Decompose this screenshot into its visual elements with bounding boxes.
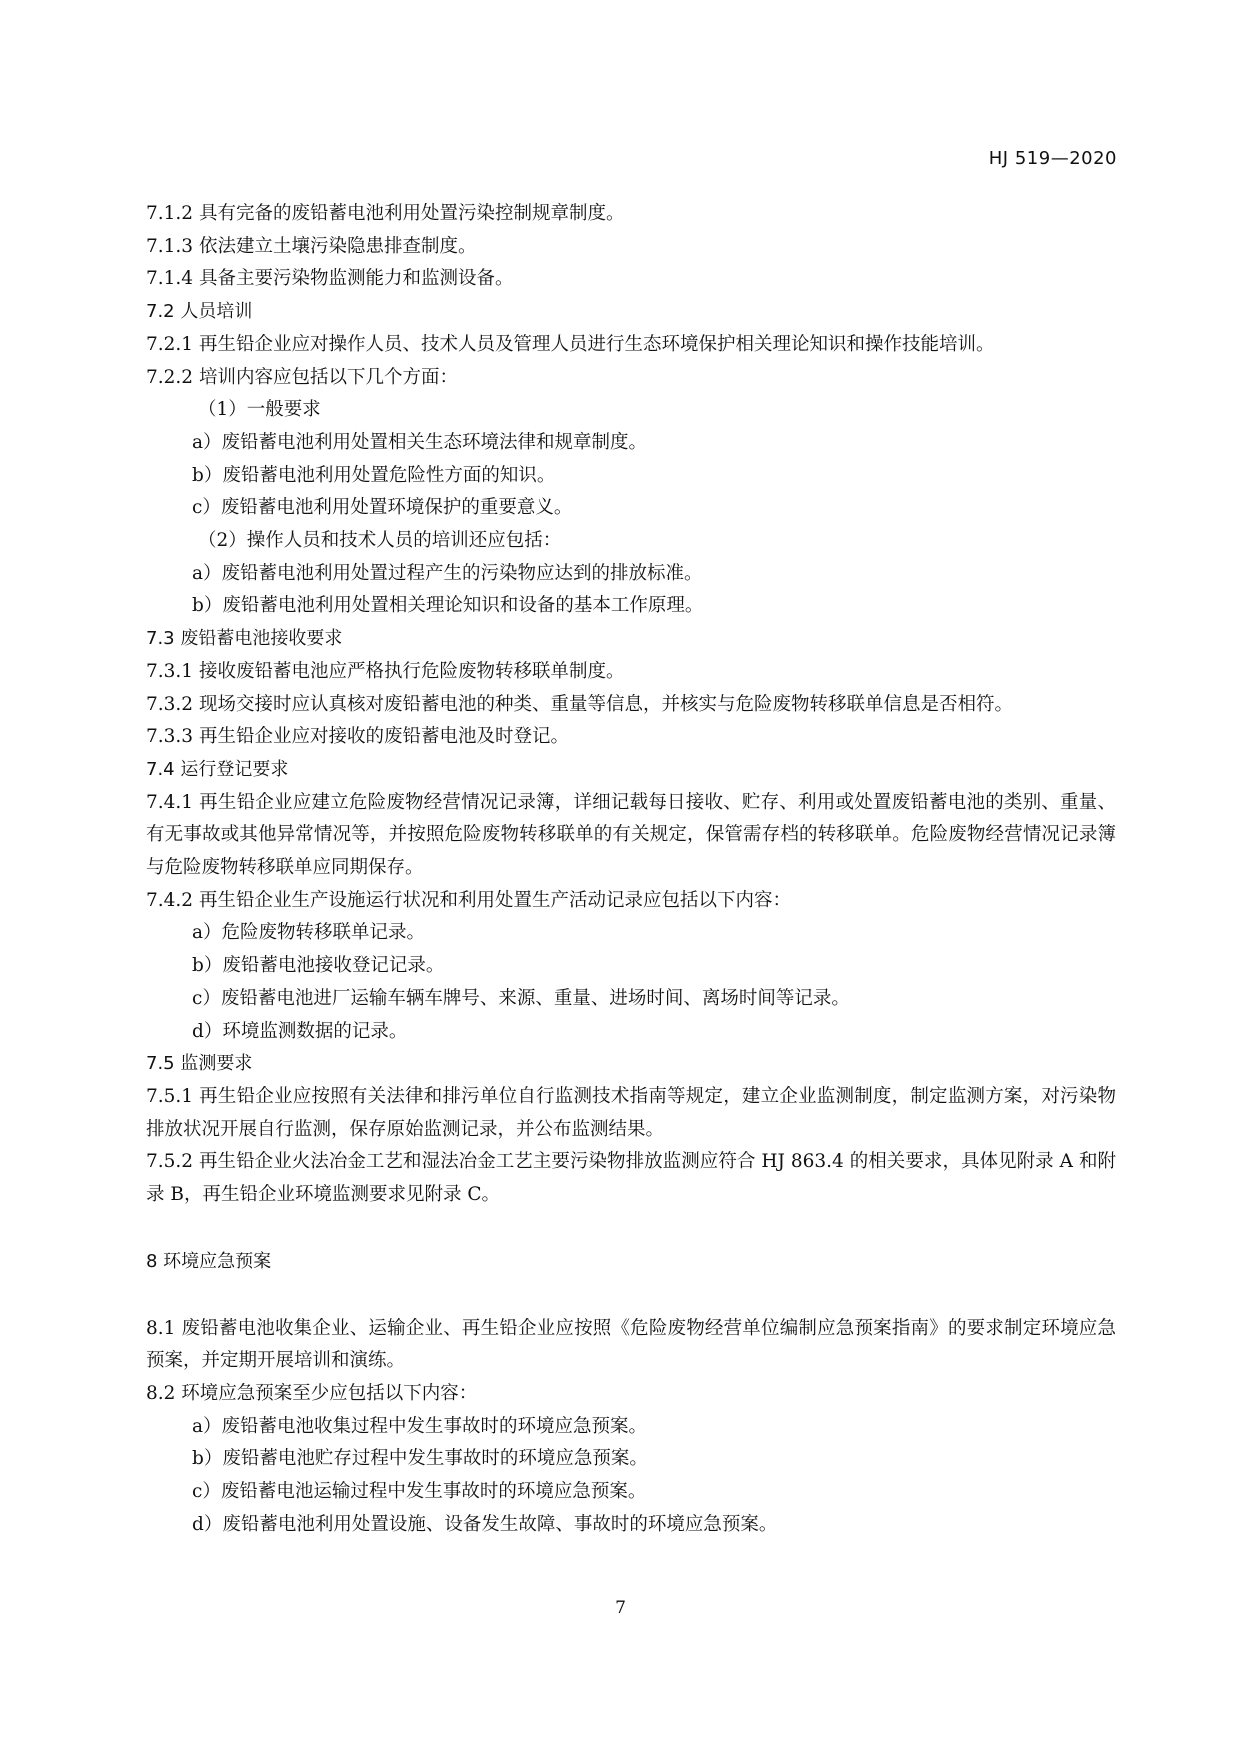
list-item: a）废铅蓄电池利用处置过程产生的污染物应达到的排放标准。 — [146, 558, 1116, 591]
clause-7-4-1: 7.4.1 再生铅企业应建立危险废物经营情况记录簿，详细记载每日接收、贮存、利用… — [146, 787, 1116, 885]
section-heading-7-4: 7.4 运行登记要求 — [146, 754, 1116, 787]
training-group-general: （1）一般要求 — [146, 394, 1116, 427]
list-item: b）废铅蓄电池贮存过程中发生事故时的环境应急预案。 — [146, 1443, 1116, 1476]
section-heading-7-5: 7.5 监测要求 — [146, 1048, 1116, 1081]
clause-7-1-4: 7.1.4 具备主要污染物监测能力和监测设备。 — [146, 263, 1116, 296]
clause-7-3-1: 7.3.1 接收废铅蓄电池应严格执行危险废物转移联单制度。 — [146, 656, 1116, 689]
list-item: c）废铅蓄电池运输过程中发生事故时的环境应急预案。 — [146, 1476, 1116, 1509]
page-number: 7 — [0, 1598, 1241, 1618]
list-item: b）废铅蓄电池接收登记记录。 — [146, 950, 1116, 983]
list-item: b）废铅蓄电池利用处置相关理论知识和设备的基本工作原理。 — [146, 590, 1116, 623]
clause-7-1-2: 7.1.2 具有完备的废铅蓄电池利用处置污染控制规章制度。 — [146, 198, 1116, 231]
clause-7-4-2: 7.4.2 再生铅企业生产设施运行状况和利用处置生产活动记录应包括以下内容： — [146, 885, 1116, 918]
section-heading-7-3: 7.3 废铅蓄电池接收要求 — [146, 623, 1116, 656]
list-item: a）危险废物转移联单记录。 — [146, 917, 1116, 950]
clause-8-2: 8.2 环境应急预案至少应包括以下内容： — [146, 1378, 1116, 1411]
list-item: a）废铅蓄电池利用处置相关生态环境法律和规章制度。 — [146, 427, 1116, 460]
clause-7-5-2: 7.5.2 再生铅企业火法冶金工艺和湿法冶金工艺主要污染物排放监测应符合 HJ … — [146, 1146, 1116, 1211]
document-code: HJ 519—2020 — [989, 148, 1117, 169]
clause-7-5-1: 7.5.1 再生铅企业应按照有关法律和排污单位自行监测技术指南等规定，建立企业监… — [146, 1081, 1116, 1146]
list-item: a）废铅蓄电池收集过程中发生事故时的环境应急预案。 — [146, 1411, 1116, 1444]
list-item: d）废铅蓄电池利用处置设施、设备发生故障、事故时的环境应急预案。 — [146, 1509, 1116, 1542]
chapter-heading-8: 8 环境应急预案 — [146, 1246, 1116, 1279]
clause-7-1-3: 7.1.3 依法建立土壤污染隐患排查制度。 — [146, 231, 1116, 264]
list-item: b）废铅蓄电池利用处置危险性方面的知识。 — [146, 460, 1116, 493]
clause-7-2-2: 7.2.2 培训内容应包括以下几个方面： — [146, 362, 1116, 395]
clause-7-2-1: 7.2.1 再生铅企业应对操作人员、技术人员及管理人员进行生态环境保护相关理论知… — [146, 329, 1116, 362]
clause-7-3-2: 7.3.2 现场交接时应认真核对废铅蓄电池的种类、重量等信息，并核实与危险废物转… — [146, 689, 1116, 722]
training-group-operators: （2）操作人员和技术人员的培训还应包括： — [146, 525, 1116, 558]
list-item: c）废铅蓄电池进厂运输车辆车牌号、来源、重量、进场时间、离场时间等记录。 — [146, 983, 1116, 1016]
section-heading-7-2: 7.2 人员培训 — [146, 296, 1116, 329]
clause-8-1: 8.1 废铅蓄电池收集企业、运输企业、再生铅企业应按照《危险废物经营单位编制应急… — [146, 1313, 1116, 1378]
list-item: c）废铅蓄电池利用处置环境保护的重要意义。 — [146, 492, 1116, 525]
clause-7-3-3: 7.3.3 再生铅企业应对接收的废铅蓄电池及时登记。 — [146, 721, 1116, 754]
list-item: d）环境监测数据的记录。 — [146, 1016, 1116, 1049]
document-body: 7.1.2 具有完备的废铅蓄电池利用处置污染控制规章制度。 7.1.3 依法建立… — [146, 198, 1116, 1541]
